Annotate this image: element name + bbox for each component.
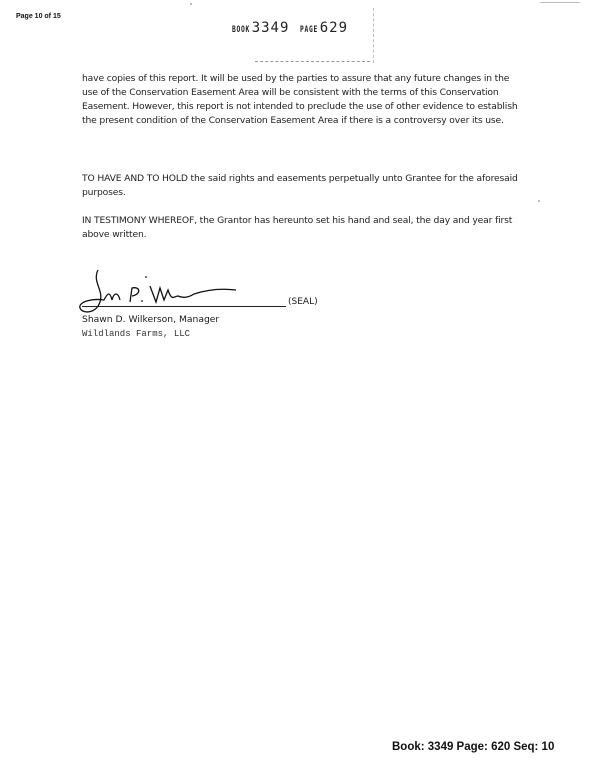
stamp-book-label: BOOK [232,25,250,35]
stamp-page-label: PAGE [300,25,318,35]
stamp-book-number: 3349 [252,20,290,36]
recording-footer: Book: 3349 Page: 620 Seq: 10 [392,741,554,753]
signature-block: (SEAL) [70,268,330,318]
paragraph-report-use: have copies of this report. It will be u… [82,72,522,128]
signer-name: Shawn D. Wilkerson, Manager [82,314,219,325]
handwritten-signature-icon [70,268,270,318]
stamp-page-number: 629 [320,20,348,36]
paragraph-testimony: IN TESTIMONY WHEREOF, the Grantor has he… [82,214,522,242]
scan-speck [190,3,192,5]
page-label: Page 10 of 15 [16,13,61,20]
seal-label: (SEAL) [288,297,318,307]
scan-speck [538,200,540,202]
paragraph-habendum: TO HAVE AND TO HOLD the said rights and … [82,172,522,200]
signer-organization: Wildlands Farms, LLC [82,329,190,339]
signature-line [82,306,286,307]
book-page-stamp: BOOK3349 PAGE629 [232,17,348,36]
scan-speck [540,2,580,3]
stamp-underline [255,61,370,62]
scan-margin-mark [373,8,374,63]
